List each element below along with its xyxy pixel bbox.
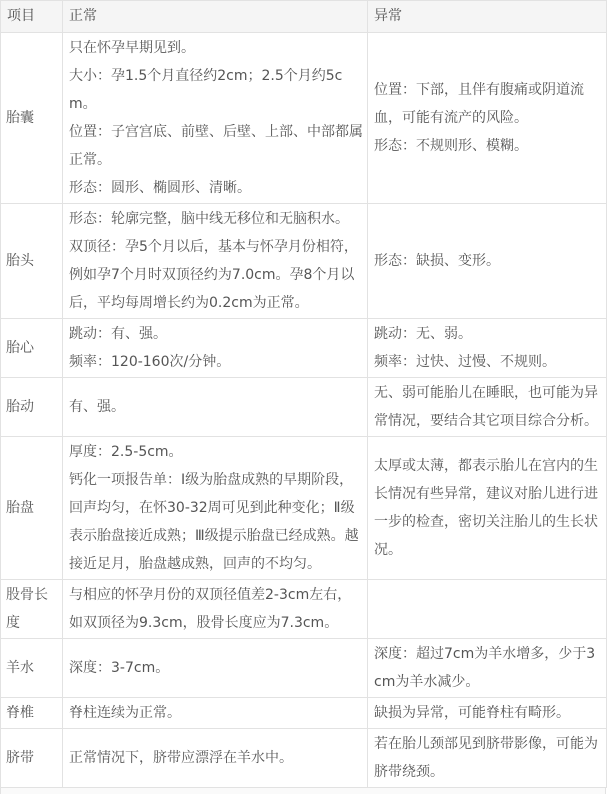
- normal-cell: 跳动：有、强。频率：120-160次/分钟。: [63, 319, 368, 378]
- normal-cell: 与相应的怀孕月份的双顶径值差2-3cm左右，如双顶径为9.3cm，股骨长度应为7…: [63, 580, 368, 639]
- cell-paragraph: 形态：圆形、椭圆形、清晰。: [69, 174, 363, 202]
- normal-cell: 有、强。: [63, 378, 368, 437]
- cell-paragraph: 频率：过快、过慢、不规则。: [374, 348, 602, 376]
- abnormal-cell: 深度：超过7cm为羊水增多，少于3cm为羊水减少。: [368, 639, 607, 698]
- cell-paragraph: 太厚或太薄，都表示胎儿在宫内的生长情况有些异常，建议对胎儿进行进一步的检查，密切…: [374, 452, 602, 564]
- cell-paragraph: 大小：孕1.5个月直径约2cm；2.5个月约5cm。: [69, 62, 363, 118]
- row-label: 胎动: [1, 378, 63, 437]
- abnormal-cell: [368, 580, 607, 639]
- cell-paragraph: 形态：缺损、变形。: [374, 247, 602, 275]
- table-row: 胎盘厚度：2.5-5cm。钙化一项报告单：Ⅰ级为胎盘成熟的早期阶段，回声均匀，在…: [1, 437, 607, 580]
- row-label: 胎心: [1, 319, 63, 378]
- row-label: 脊椎: [1, 698, 63, 729]
- table-row: 脊椎脊柱连续为正常。缺损为异常，可能脊柱有畸形。: [1, 698, 607, 729]
- table-row: 胎囊只在怀孕早期见到。大小：孕1.5个月直径约2cm；2.5个月约5cm。位置：…: [1, 33, 607, 204]
- abnormal-cell: 若在胎儿颈部见到脐带影像，可能为脐带绕颈。: [368, 729, 607, 788]
- abnormal-cell: 缺损为异常，可能脊柱有畸形。: [368, 698, 607, 729]
- cell-paragraph: 频率：120-160次/分钟。: [69, 348, 363, 376]
- cell-paragraph: 无、弱可能胎儿在睡眠，也可能为异常情况，要结合其它项目综合分析。: [374, 379, 602, 435]
- column-header-normal: 正常: [63, 1, 368, 33]
- normal-cell: 只在怀孕早期见到。大小：孕1.5个月直径约2cm；2.5个月约5cm。位置：子宫…: [63, 33, 368, 204]
- column-header-item: 项目: [1, 1, 63, 33]
- normal-cell: 形态：轮廓完整，脑中线无移位和无脑积水。双顶径：孕5个月以后，基本与怀孕月份相符…: [63, 204, 368, 319]
- abnormal-cell: 太厚或太薄，都表示胎儿在宫内的生长情况有些异常，建议对胎儿进行进一步的检查，密切…: [368, 437, 607, 580]
- abnormal-cell: 无、弱可能胎儿在睡眠，也可能为异常情况，要结合其它项目综合分析。: [368, 378, 607, 437]
- partial-next-row: [0, 788, 606, 794]
- cell-paragraph: 缺损为异常，可能脊柱有畸形。: [374, 699, 602, 727]
- cell-paragraph: 深度：超过7cm为羊水增多，少于3cm为羊水减少。: [374, 640, 602, 696]
- cell-paragraph: 有、强。: [69, 393, 363, 421]
- cell-paragraph: 位置：子宫宫底、前壁、后壁、上部、中部都属正常。: [69, 118, 363, 174]
- cell-paragraph: 只在怀孕早期见到。: [69, 34, 363, 62]
- row-label: 胎盘: [1, 437, 63, 580]
- cell-paragraph: 形态：轮廓完整，脑中线无移位和无脑积水。: [69, 205, 363, 233]
- cell-paragraph: 位置：下部，且伴有腹痛或阴道流血，可能有流产的风险。: [374, 76, 602, 132]
- normal-cell: 正常情况下，脐带应漂浮在羊水中。: [63, 729, 368, 788]
- cell-paragraph: 跳动：无、弱。: [374, 320, 602, 348]
- abnormal-cell: 形态：缺损、变形。: [368, 204, 607, 319]
- cell-paragraph: 钙化一项报告单：Ⅰ级为胎盘成熟的早期阶段，回声均匀，在怀30-32周可见到此种变…: [69, 466, 363, 578]
- cell-paragraph: 若在胎儿颈部见到脐带影像，可能为脐带绕颈。: [374, 730, 602, 786]
- header-row: 项目 正常 异常: [1, 1, 607, 33]
- cell-paragraph: 脊柱连续为正常。: [69, 699, 363, 727]
- table-row: 股骨长度与相应的怀孕月份的双顶径值差2-3cm左右，如双顶径为9.3cm，股骨长…: [1, 580, 607, 639]
- cell-paragraph: 厚度：2.5-5cm。: [69, 438, 363, 466]
- table-row: 胎心跳动：有、强。频率：120-160次/分钟。跳动：无、弱。频率：过快、过慢、…: [1, 319, 607, 378]
- column-header-abnormal: 异常: [368, 1, 607, 33]
- row-label: 股骨长度: [1, 580, 63, 639]
- normal-cell: 深度：3-7cm。: [63, 639, 368, 698]
- cell-paragraph: 与相应的怀孕月份的双顶径值差2-3cm左右，如双顶径为9.3cm，股骨长度应为7…: [69, 581, 363, 637]
- cell-paragraph: 跳动：有、强。: [69, 320, 363, 348]
- cell-paragraph: 正常情况下，脐带应漂浮在羊水中。: [69, 744, 363, 772]
- table-row: 脐带正常情况下，脐带应漂浮在羊水中。若在胎儿颈部见到脐带影像，可能为脐带绕颈。: [1, 729, 607, 788]
- normal-cell: 脊柱连续为正常。: [63, 698, 368, 729]
- table-body: 胎囊只在怀孕早期见到。大小：孕1.5个月直径约2cm；2.5个月约5cm。位置：…: [1, 33, 607, 788]
- row-label: 胎头: [1, 204, 63, 319]
- row-label: 羊水: [1, 639, 63, 698]
- table-row: 羊水深度：3-7cm。深度：超过7cm为羊水增多，少于3cm为羊水减少。: [1, 639, 607, 698]
- prenatal-ultrasound-reference-page: 项目 正常 异常 胎囊只在怀孕早期见到。大小：孕1.5个月直径约2cm；2.5个…: [0, 0, 607, 794]
- row-label: 脐带: [1, 729, 63, 788]
- row-label: 胎囊: [1, 33, 63, 204]
- table-row: 胎动有、强。无、弱可能胎儿在睡眠，也可能为异常情况，要结合其它项目综合分析。: [1, 378, 607, 437]
- normal-cell: 厚度：2.5-5cm。钙化一项报告单：Ⅰ级为胎盘成熟的早期阶段，回声均匀，在怀3…: [63, 437, 368, 580]
- cell-paragraph: 双顶径：孕5个月以后，基本与怀孕月份相符，例如孕7个月时双顶径约为7.0cm。孕…: [69, 233, 363, 317]
- cell-paragraph: 形态：不规则形、模糊。: [374, 132, 602, 160]
- table-row: 胎头形态：轮廓完整，脑中线无移位和无脑积水。双顶径：孕5个月以后，基本与怀孕月份…: [1, 204, 607, 319]
- abnormal-cell: 跳动：无、弱。频率：过快、过慢、不规则。: [368, 319, 607, 378]
- abnormal-cell: 位置：下部，且伴有腹痛或阴道流血，可能有流产的风险。形态：不规则形、模糊。: [368, 33, 607, 204]
- prenatal-ultrasound-table: 项目 正常 异常 胎囊只在怀孕早期见到。大小：孕1.5个月直径约2cm；2.5个…: [0, 0, 607, 788]
- cell-paragraph: 深度：3-7cm。: [69, 654, 363, 682]
